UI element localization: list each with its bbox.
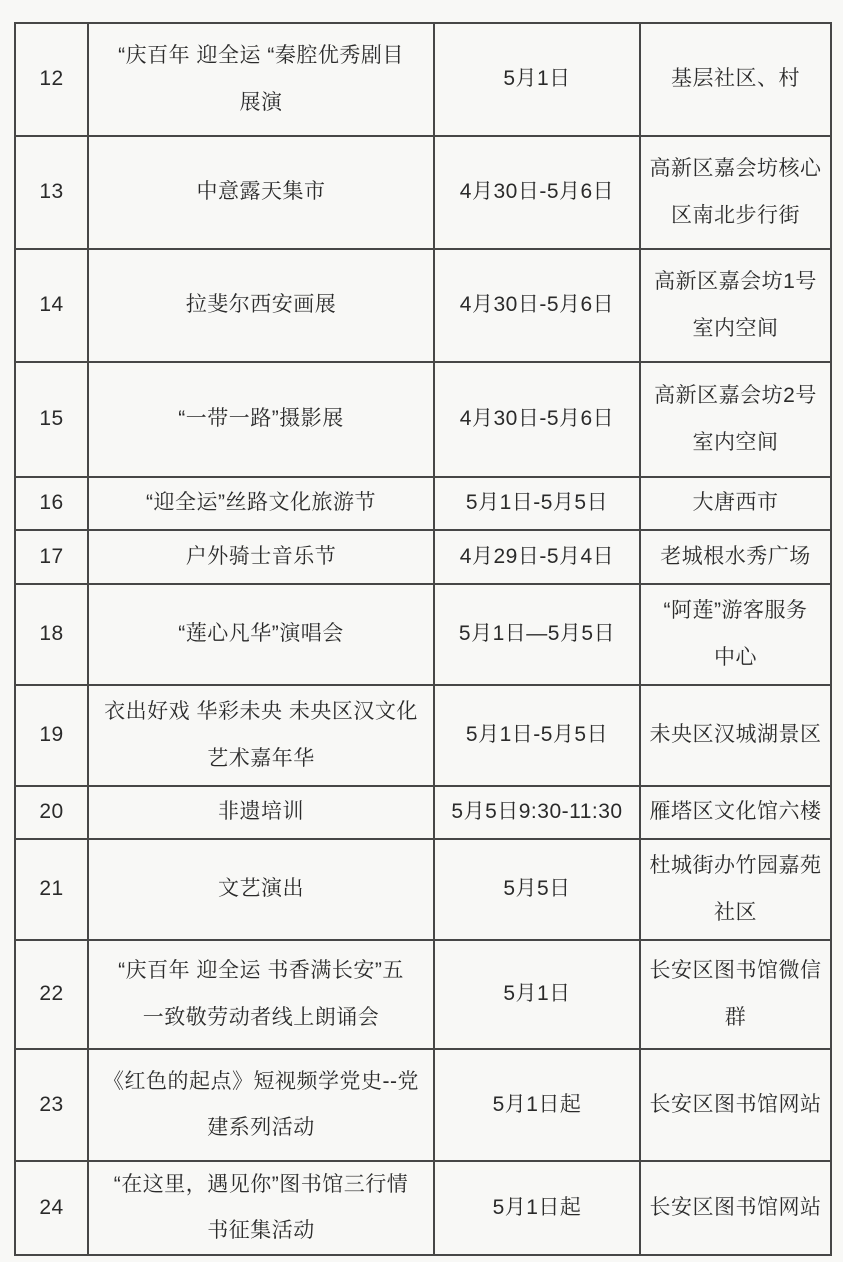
table-row: 24“在这里，遇见你”图书馆三行情 书征集活动5月1日起长安区图书馆网站: [15, 1161, 831, 1255]
event-name-cell: 《红色的起点》短视频学党史--党 建系列活动: [88, 1049, 434, 1161]
event-location-cell: 长安区图书馆网站: [640, 1049, 831, 1161]
event-no-cell: 13: [15, 136, 88, 249]
event-date-cell: 5月5日: [434, 839, 640, 940]
table-row: 18“莲心凡华”演唱会5月1日—5月5日“阿莲”游客服务 中心: [15, 584, 831, 685]
event-name-cell: “庆百年 迎全运 “秦腔优秀剧目 展演: [88, 23, 434, 136]
event-date-cell: 5月1日-5月5日: [434, 477, 640, 530]
table-row: 23《红色的起点》短视频学党史--党 建系列活动5月1日起长安区图书馆网站: [15, 1049, 831, 1161]
event-no-cell: 20: [15, 786, 88, 839]
event-name-cell: 文艺演出: [88, 839, 434, 940]
event-no-cell: 18: [15, 584, 88, 685]
event-date-cell: 4月30日-5月6日: [434, 249, 640, 362]
event-location-cell: 杜城街办竹园嘉苑 社区: [640, 839, 831, 940]
event-location-cell: 长安区图书馆微信 群: [640, 940, 831, 1049]
event-location-cell: 高新区嘉会坊1号 室内空间: [640, 249, 831, 362]
table-row: 22“庆百年 迎全运 书香满长安”五 一致敬劳动者线上朗诵会5月1日长安区图书馆…: [15, 940, 831, 1049]
event-no-cell: 12: [15, 23, 88, 136]
event-date-cell: 4月29日-5月4日: [434, 530, 640, 584]
event-location-cell: 雁塔区文化馆六楼: [640, 786, 831, 839]
events-table-body: 12“庆百年 迎全运 “秦腔优秀剧目 展演5月1日基层社区、村13中意露天集市4…: [15, 23, 831, 1255]
table-row: 20非遗培训5月5日9:30-11:30雁塔区文化馆六楼: [15, 786, 831, 839]
event-location-cell: 老城根水秀广场: [640, 530, 831, 584]
event-date-cell: 5月1日起: [434, 1161, 640, 1255]
event-date-cell: 5月1日: [434, 23, 640, 136]
table-row: 19衣出好戏 华彩未央 未央区汉文化 艺术嘉年华5月1日-5月5日未央区汉城湖景…: [15, 685, 831, 786]
event-date-cell: 5月1日: [434, 940, 640, 1049]
event-location-cell: 基层社区、村: [640, 23, 831, 136]
event-location-cell: “阿莲”游客服务 中心: [640, 584, 831, 685]
event-name-cell: “庆百年 迎全运 书香满长安”五 一致敬劳动者线上朗诵会: [88, 940, 434, 1049]
events-table: 12“庆百年 迎全运 “秦腔优秀剧目 展演5月1日基层社区、村13中意露天集市4…: [14, 22, 832, 1256]
event-no-cell: 22: [15, 940, 88, 1049]
table-row: 13中意露天集市4月30日-5月6日高新区嘉会坊核心 区南北步行街: [15, 136, 831, 249]
event-date-cell: 4月30日-5月6日: [434, 136, 640, 249]
event-name-cell: 中意露天集市: [88, 136, 434, 249]
event-location-cell: 未央区汉城湖景区: [640, 685, 831, 786]
table-row: 12“庆百年 迎全运 “秦腔优秀剧目 展演5月1日基层社区、村: [15, 23, 831, 136]
event-location-cell: 高新区嘉会坊2号 室内空间: [640, 362, 831, 477]
event-location-cell: 长安区图书馆网站: [640, 1161, 831, 1255]
event-no-cell: 14: [15, 249, 88, 362]
event-no-cell: 17: [15, 530, 88, 584]
event-name-cell: “莲心凡华”演唱会: [88, 584, 434, 685]
table-row: 15“一带一路”摄影展4月30日-5月6日高新区嘉会坊2号 室内空间: [15, 362, 831, 477]
event-date-cell: 4月30日-5月6日: [434, 362, 640, 477]
event-no-cell: 19: [15, 685, 88, 786]
event-no-cell: 24: [15, 1161, 88, 1255]
table-row: 14拉斐尔西安画展4月30日-5月6日高新区嘉会坊1号 室内空间: [15, 249, 831, 362]
event-name-cell: “迎全运”丝路文化旅游节: [88, 477, 434, 530]
table-row: 21文艺演出5月5日杜城街办竹园嘉苑 社区: [15, 839, 831, 940]
event-no-cell: 21: [15, 839, 88, 940]
event-name-cell: 非遗培训: [88, 786, 434, 839]
event-name-cell: “一带一路”摄影展: [88, 362, 434, 477]
table-row: 16“迎全运”丝路文化旅游节5月1日-5月5日大唐西市: [15, 477, 831, 530]
event-date-cell: 5月1日—5月5日: [434, 584, 640, 685]
event-date-cell: 5月1日-5月5日: [434, 685, 640, 786]
page: { "style": { "page_background": "#f8f8f6…: [0, 0, 843, 1262]
event-name-cell: 衣出好戏 华彩未央 未央区汉文化 艺术嘉年华: [88, 685, 434, 786]
event-name-cell: 户外骑士音乐节: [88, 530, 434, 584]
event-no-cell: 23: [15, 1049, 88, 1161]
event-name-cell: “在这里，遇见你”图书馆三行情 书征集活动: [88, 1161, 434, 1255]
event-date-cell: 5月5日9:30-11:30: [434, 786, 640, 839]
table-row: 17户外骑士音乐节4月29日-5月4日老城根水秀广场: [15, 530, 831, 584]
event-location-cell: 大唐西市: [640, 477, 831, 530]
event-no-cell: 16: [15, 477, 88, 530]
event-no-cell: 15: [15, 362, 88, 477]
event-date-cell: 5月1日起: [434, 1049, 640, 1161]
event-location-cell: 高新区嘉会坊核心 区南北步行街: [640, 136, 831, 249]
events-schedule-document: 12“庆百年 迎全运 “秦腔优秀剧目 展演5月1日基层社区、村13中意露天集市4…: [0, 0, 843, 1262]
event-name-cell: 拉斐尔西安画展: [88, 249, 434, 362]
